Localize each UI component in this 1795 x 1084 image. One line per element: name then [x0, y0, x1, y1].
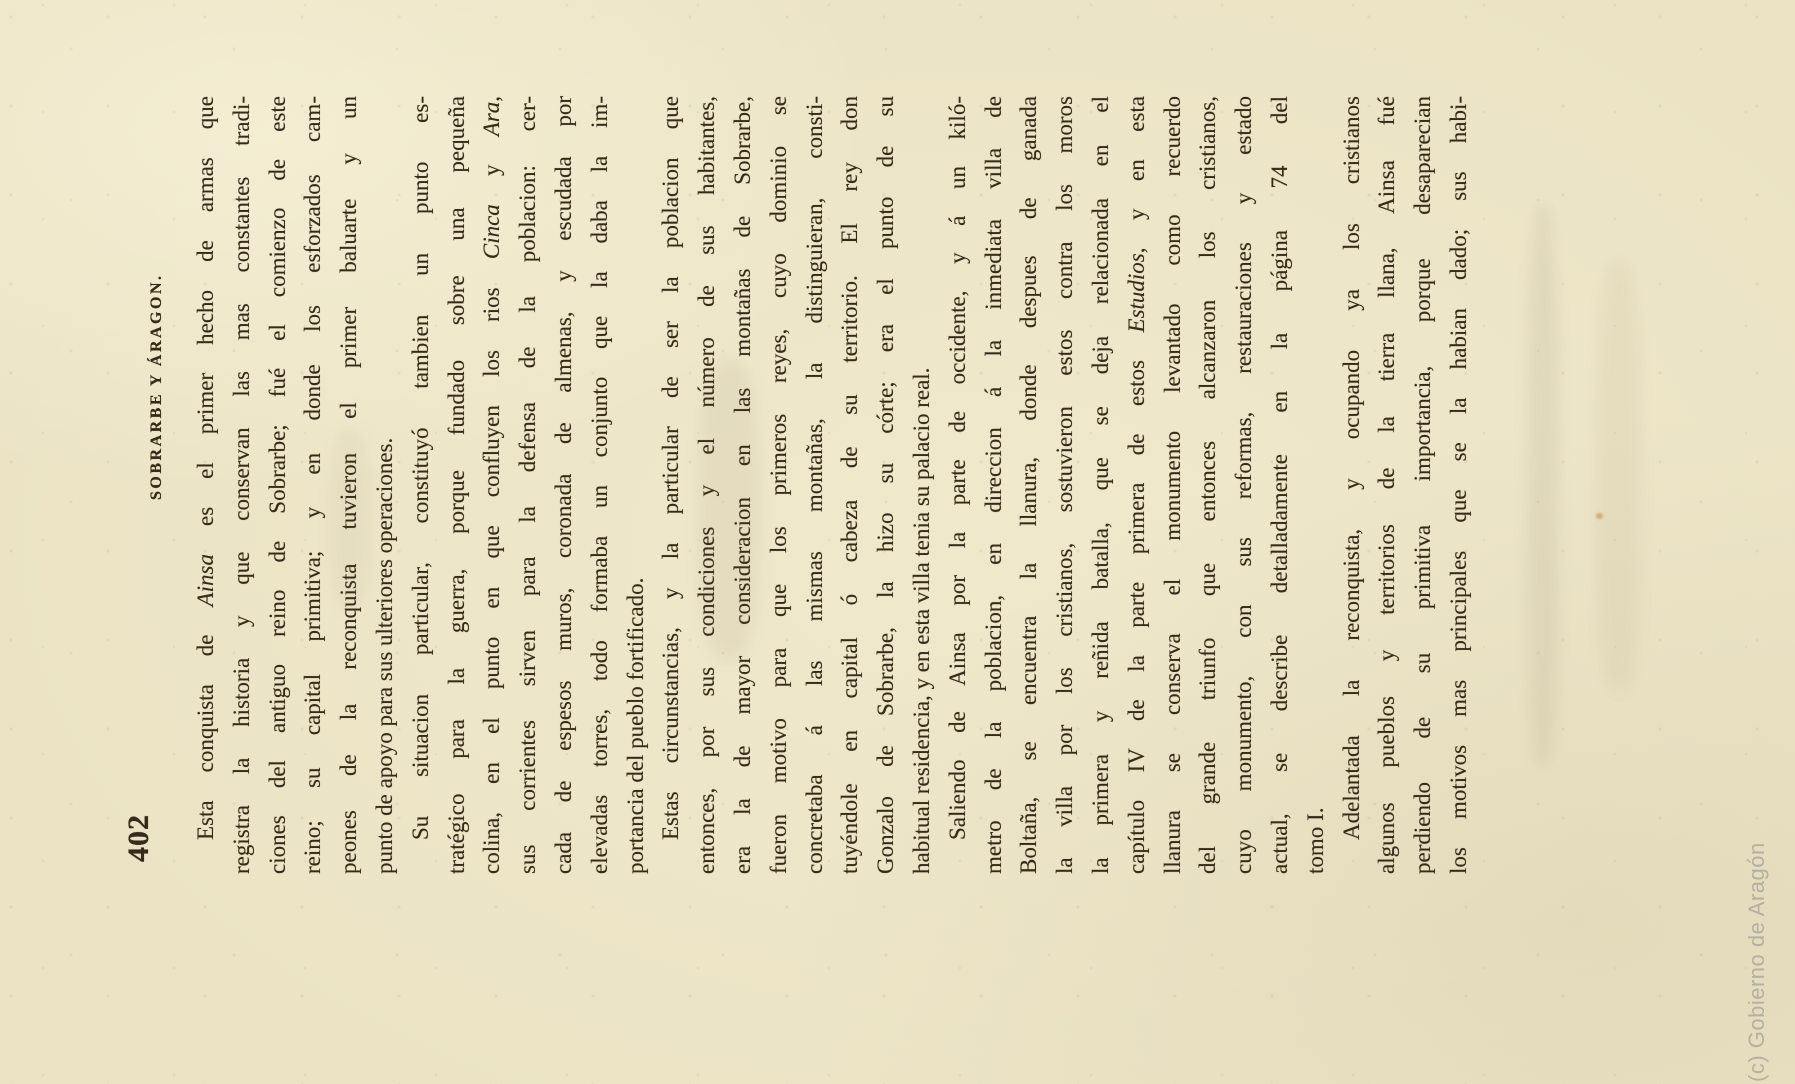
- text-line: peones de la reconquista tuvieron el pri…: [331, 96, 367, 874]
- text-line: habitual residencia, y en esta villa ten…: [904, 96, 940, 874]
- text-line: Su situacion particular, constituyó tamb…: [403, 96, 439, 874]
- text-line: reino; su capital primitiva; y en donde …: [295, 96, 331, 874]
- text-line: registra la historia y que conservan las…: [224, 96, 260, 874]
- copyright-watermark: (c) Gobierno de Aragón: [1744, 842, 1770, 1082]
- text-line: algunos pueblos y territorios de la tier…: [1369, 96, 1405, 874]
- text-line: Estas circunstancias, y la particular de…: [653, 96, 689, 874]
- text-line: perdiendo de su primitiva importancia, p…: [1405, 96, 1441, 874]
- text-line: Esta conquista de Ainsa es el primer hec…: [188, 96, 224, 874]
- text-line: era la de mayor consideracion en las mon…: [725, 96, 761, 874]
- text-line: llanura se conserva el monumento levanta…: [1155, 96, 1191, 874]
- page-text: Esta conquista de Ainsa es el primer hec…: [188, 96, 1477, 874]
- text-line: cuyo monumento, con sus reformas, restau…: [1226, 96, 1262, 874]
- text-line: cada de espesos muros, coronada de almen…: [546, 96, 582, 874]
- text-line: Boltaña, se encuentra la llanura, donde …: [1011, 96, 1047, 874]
- page-number: 402: [122, 814, 156, 862]
- text-line: fueron motivo para que los primeros reye…: [761, 96, 797, 874]
- text-line: del grande triunfo que entonces alcanzar…: [1190, 96, 1226, 874]
- text-line: tuyéndole en capital ó cabeza de su terr…: [832, 96, 868, 874]
- text-line: Adelantada la reconquista, y ocupando ya…: [1334, 96, 1370, 874]
- text-line: Gonzalo de Sobrarbe, la hizo su córte; e…: [868, 96, 904, 874]
- text-line: la villa por los cristianos, sostuvieron…: [1047, 96, 1083, 874]
- text-line: concretaba á las mismas montañas, la dis…: [797, 96, 833, 874]
- text-line: portancia del pueblo fortificado.: [618, 96, 654, 874]
- book-page: 402 SOBRARBE Y ÁRAGON. Esta conquista de…: [0, 0, 1795, 1084]
- text-line: metro de la poblacion, en direccion á la…: [976, 96, 1012, 874]
- running-title: SOBRARBE Y ÁRAGON.: [148, 274, 166, 501]
- text-line: la primera y reñida batalla, que se deja…: [1083, 96, 1119, 874]
- text-line: los motivos mas principales que se la ha…: [1441, 96, 1477, 874]
- text-line: ciones del antiguo reino de Sobrarbe; fu…: [260, 96, 296, 874]
- scanned-page: 402 SOBRARBE Y ÁRAGON. Esta conquista de…: [0, 0, 1795, 1084]
- text-line: elevadas torres, todo formaba un conjunt…: [582, 96, 618, 874]
- text-line: entonces, por sus condiciones y el númer…: [689, 96, 725, 874]
- text-line: sus corrientes sirven para la defensa de…: [510, 96, 546, 874]
- text-line: capítulo IV de la parte primera de estos…: [1119, 96, 1155, 874]
- text-line: punto de apoyo para sus ulteriores opera…: [367, 96, 403, 874]
- text-line: tratégico para la guerra, porque fundado…: [439, 96, 475, 874]
- text-line: colina, en el punto en que confluyen los…: [474, 96, 510, 874]
- text-line: tomo I.: [1298, 96, 1334, 874]
- text-line: Saliendo de Ainsa por la parte de occide…: [940, 96, 976, 874]
- text-line: actual, se describe detalladamente en la…: [1262, 96, 1298, 874]
